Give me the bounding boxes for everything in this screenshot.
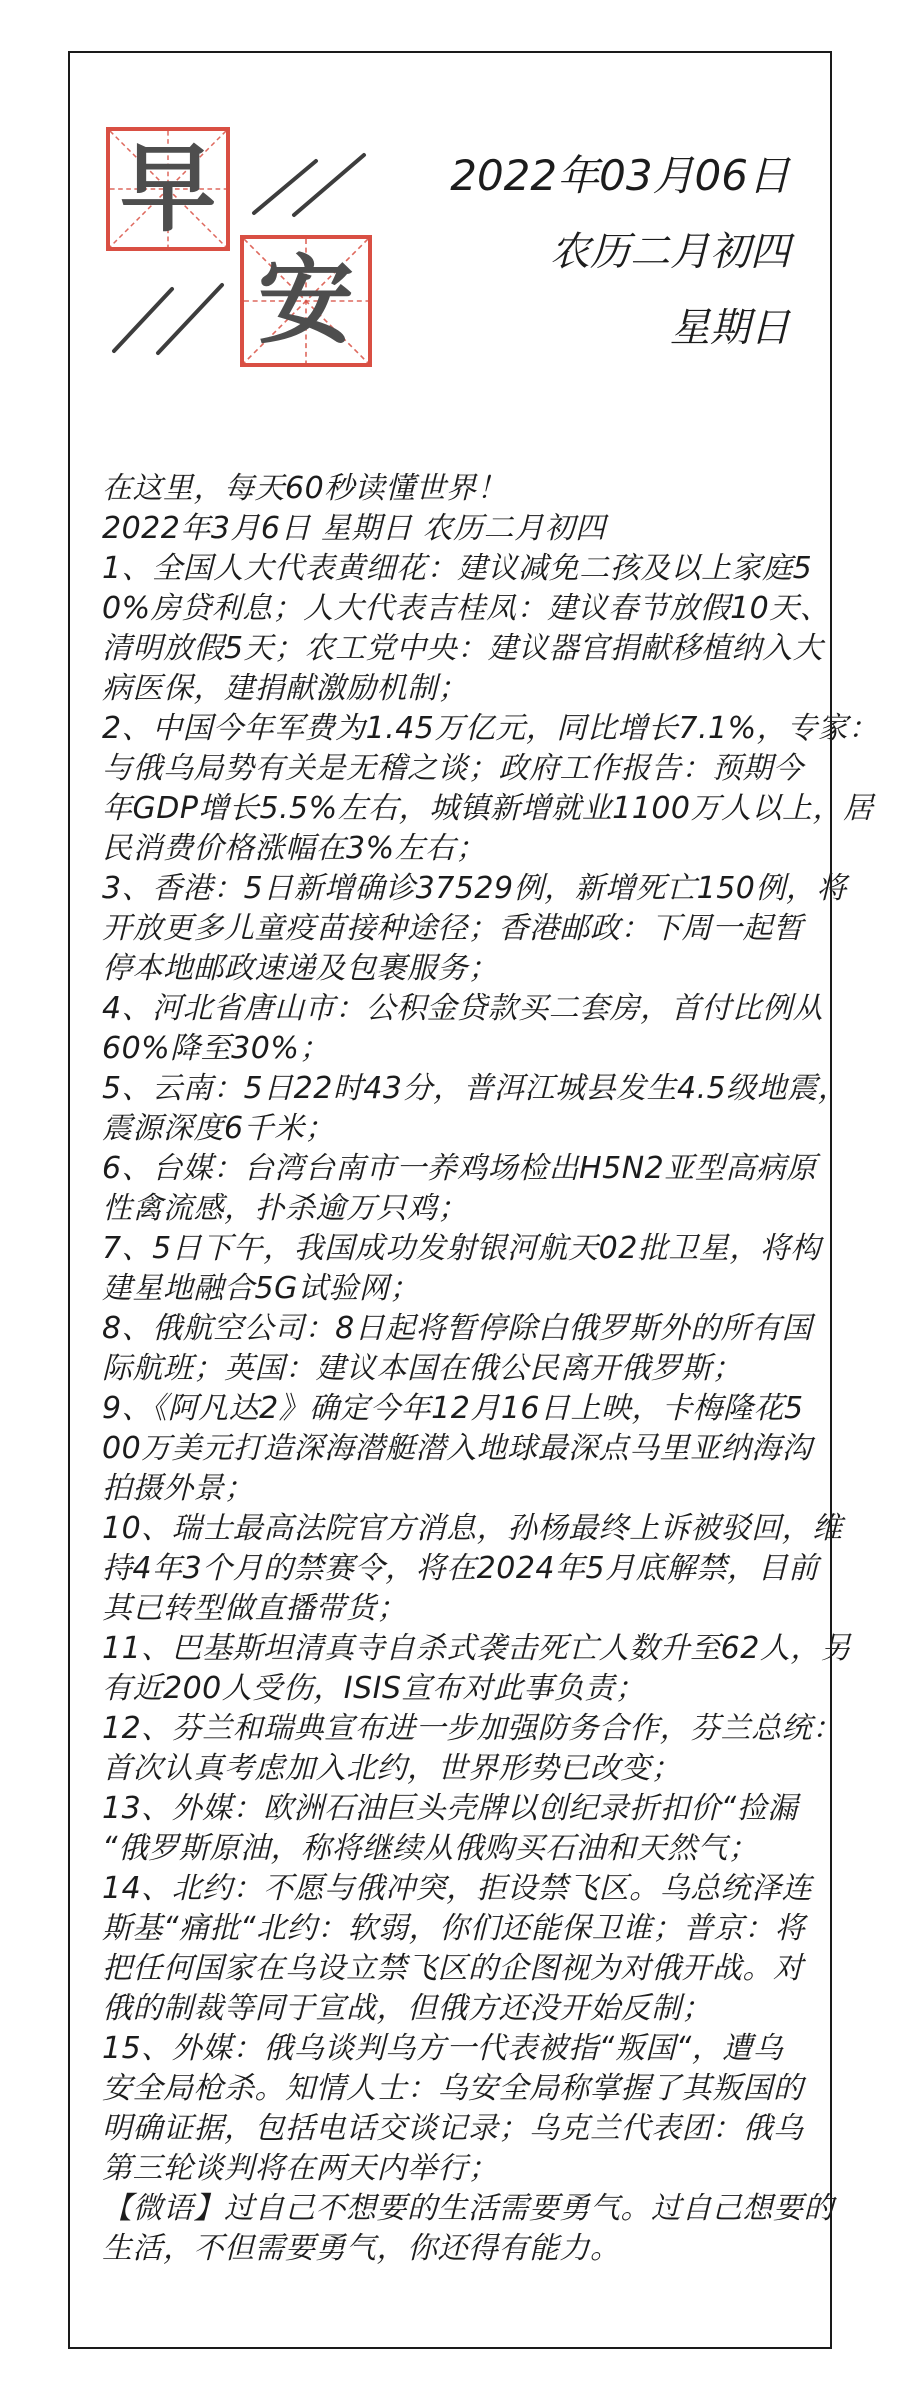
news-line: 震源深度6千米； — [102, 1109, 814, 1149]
news-line: 8、俄航空公司：8日起将暂停除白俄罗斯外的所有国 — [102, 1309, 814, 1349]
news-line: 7、5日下午，我国成功发射银河航天02批卫星，将构 — [102, 1229, 814, 1269]
news-line: 0%房贷利息；人大代表吉桂凤：建议春节放假10天、 — [102, 589, 814, 629]
date-block: 2022年03月06日 农历二月初四 星期日 — [450, 150, 790, 354]
page-border-frame: 早 安 2022年03月06日 农历二月初四 星期日 在这里，每天60秒读懂世界… — [68, 51, 832, 2349]
morning-news-image: { "colors": { "frame_border": "#1a1a1a",… — [0, 0, 900, 2400]
news-line: 把任何国家在乌设立禁飞区的企图视为对俄开战。对 — [102, 1949, 814, 1989]
news-line: 斯基“痛批“北约：软弱，你们还能保卫谁；普京：将 — [102, 1909, 814, 1949]
news-line: 其已转型做直播带货； — [102, 1589, 814, 1629]
date-lunar: 农历二月初四 — [450, 226, 790, 278]
news-line: 际航班；英国：建议本国在俄公民离开俄罗斯； — [102, 1349, 814, 1389]
calligraphy-char-an: 安 — [244, 239, 368, 363]
calligraphy-char-zao: 早 — [110, 131, 226, 247]
news-line: 在这里，每天60秒读懂世界！ — [102, 469, 814, 509]
date-gregorian: 2022年03月06日 — [450, 150, 790, 202]
news-line: 11、巴基斯坦清真寺自杀式袭击死亡人数升至62人，另 — [102, 1629, 814, 1669]
news-line: 第三轮谈判将在两天内举行； — [102, 2149, 814, 2189]
date-weekday: 星期日 — [450, 302, 790, 354]
news-line: 5、云南：5日22时43分，普洱江城县发生4.5级地震， — [102, 1069, 814, 1109]
news-line: 性禽流感，扑杀逾万只鸡； — [102, 1189, 814, 1229]
news-line: 俄的制裁等同于宣战，但俄方还没开始反制； — [102, 1989, 814, 2029]
news-line: 3、香港：5日新增确诊37529例，新增死亡150例，将 — [102, 869, 814, 909]
news-line: 10、瑞士最高法院官方消息，孙杨最终上诉被驳回，维 — [102, 1509, 814, 1549]
double-slash-icon — [250, 149, 370, 219]
news-line: 15、外媒：俄乌谈判乌方一代表被指“叛国“，遭乌 — [102, 2029, 814, 2069]
news-line: 建星地融合5G试验网； — [102, 1269, 814, 1309]
news-line: 4、河北省唐山市：公积金贷款买二套房，首付比例从 — [102, 989, 814, 1029]
double-slash-icon — [110, 267, 230, 357]
news-line: 有近200人受伤，ISIS宣布对此事负责； — [102, 1669, 814, 1709]
news-line: 生活，不但需要勇气，你还得有能力。 — [102, 2229, 814, 2269]
news-line: 13、外媒：欧洲石油巨头壳牌以创纪录折扣价“捡漏 — [102, 1789, 814, 1829]
news-line: 9、《阿凡达2》确定今年12月16日上映，卡梅隆花5 — [102, 1389, 814, 1429]
news-line: 6、台媒：台湾台南市一养鸡场检出H5N2亚型高病原 — [102, 1149, 814, 1189]
calligraphy-box-an: 安 — [240, 235, 372, 367]
news-line: 安全局枪杀。知情人士：乌安全局称掌握了其叛国的 — [102, 2069, 814, 2109]
news-line: 【微语】过自己不想要的生活需要勇气。过自己想要的 — [102, 2189, 814, 2229]
news-line: 停本地邮政速递及包裹服务； — [102, 949, 814, 989]
news-line: 2022年3月6日 星期日 农历二月初四 — [102, 509, 814, 549]
news-line: 民消费价格涨幅在3%左右； — [102, 829, 814, 869]
news-line: 首次认真考虑加入北约，世界形势已改变； — [102, 1749, 814, 1789]
news-line: 持4年3个月的禁赛令，将在2024年5月底解禁，目前 — [102, 1549, 814, 1589]
news-line: 60%降至30%； — [102, 1029, 814, 1069]
news-line: 12、芬兰和瑞典宣布进一步加强防务合作，芬兰总统： — [102, 1709, 814, 1749]
news-line: 14、北约：不愿与俄冲突，拒设禁飞区。乌总统泽连 — [102, 1869, 814, 1909]
news-line: 清明放假5天；农工党中央：建议器官捐献移植纳入大 — [102, 629, 814, 669]
news-line: 00万美元打造深海潜艇潜入地球最深点马里亚纳海沟 — [102, 1429, 814, 1469]
news-line: 1、全国人大代表黄细花：建议减免二孩及以上家庭5 — [102, 549, 814, 589]
news-line: 开放更多儿童疫苗接种途径；香港邮政：下周一起暂 — [102, 909, 814, 949]
news-line: 病医保，建捐献激励机制； — [102, 669, 814, 709]
calligraphy-box-zao: 早 — [106, 127, 230, 251]
news-line: “俄罗斯原油，称将继续从俄购买石油和天然气； — [102, 1829, 814, 1869]
news-line: 2、中国今年军费为1.45万亿元，同比增长7.1%，专家： — [102, 709, 814, 749]
news-line: 明确证据，包括电话交谈记录；乌克兰代表团：俄乌 — [102, 2109, 814, 2149]
news-body: 在这里，每天60秒读懂世界！2022年3月6日 星期日 农历二月初四1、全国人大… — [102, 469, 814, 2269]
news-line: 拍摄外景； — [102, 1469, 814, 1509]
news-line: 年GDP增长5.5%左右，城镇新增就业1100万人以上，居 — [102, 789, 814, 829]
news-line: 与俄乌局势有关是无稽之谈；政府工作报告：预期今 — [102, 749, 814, 789]
